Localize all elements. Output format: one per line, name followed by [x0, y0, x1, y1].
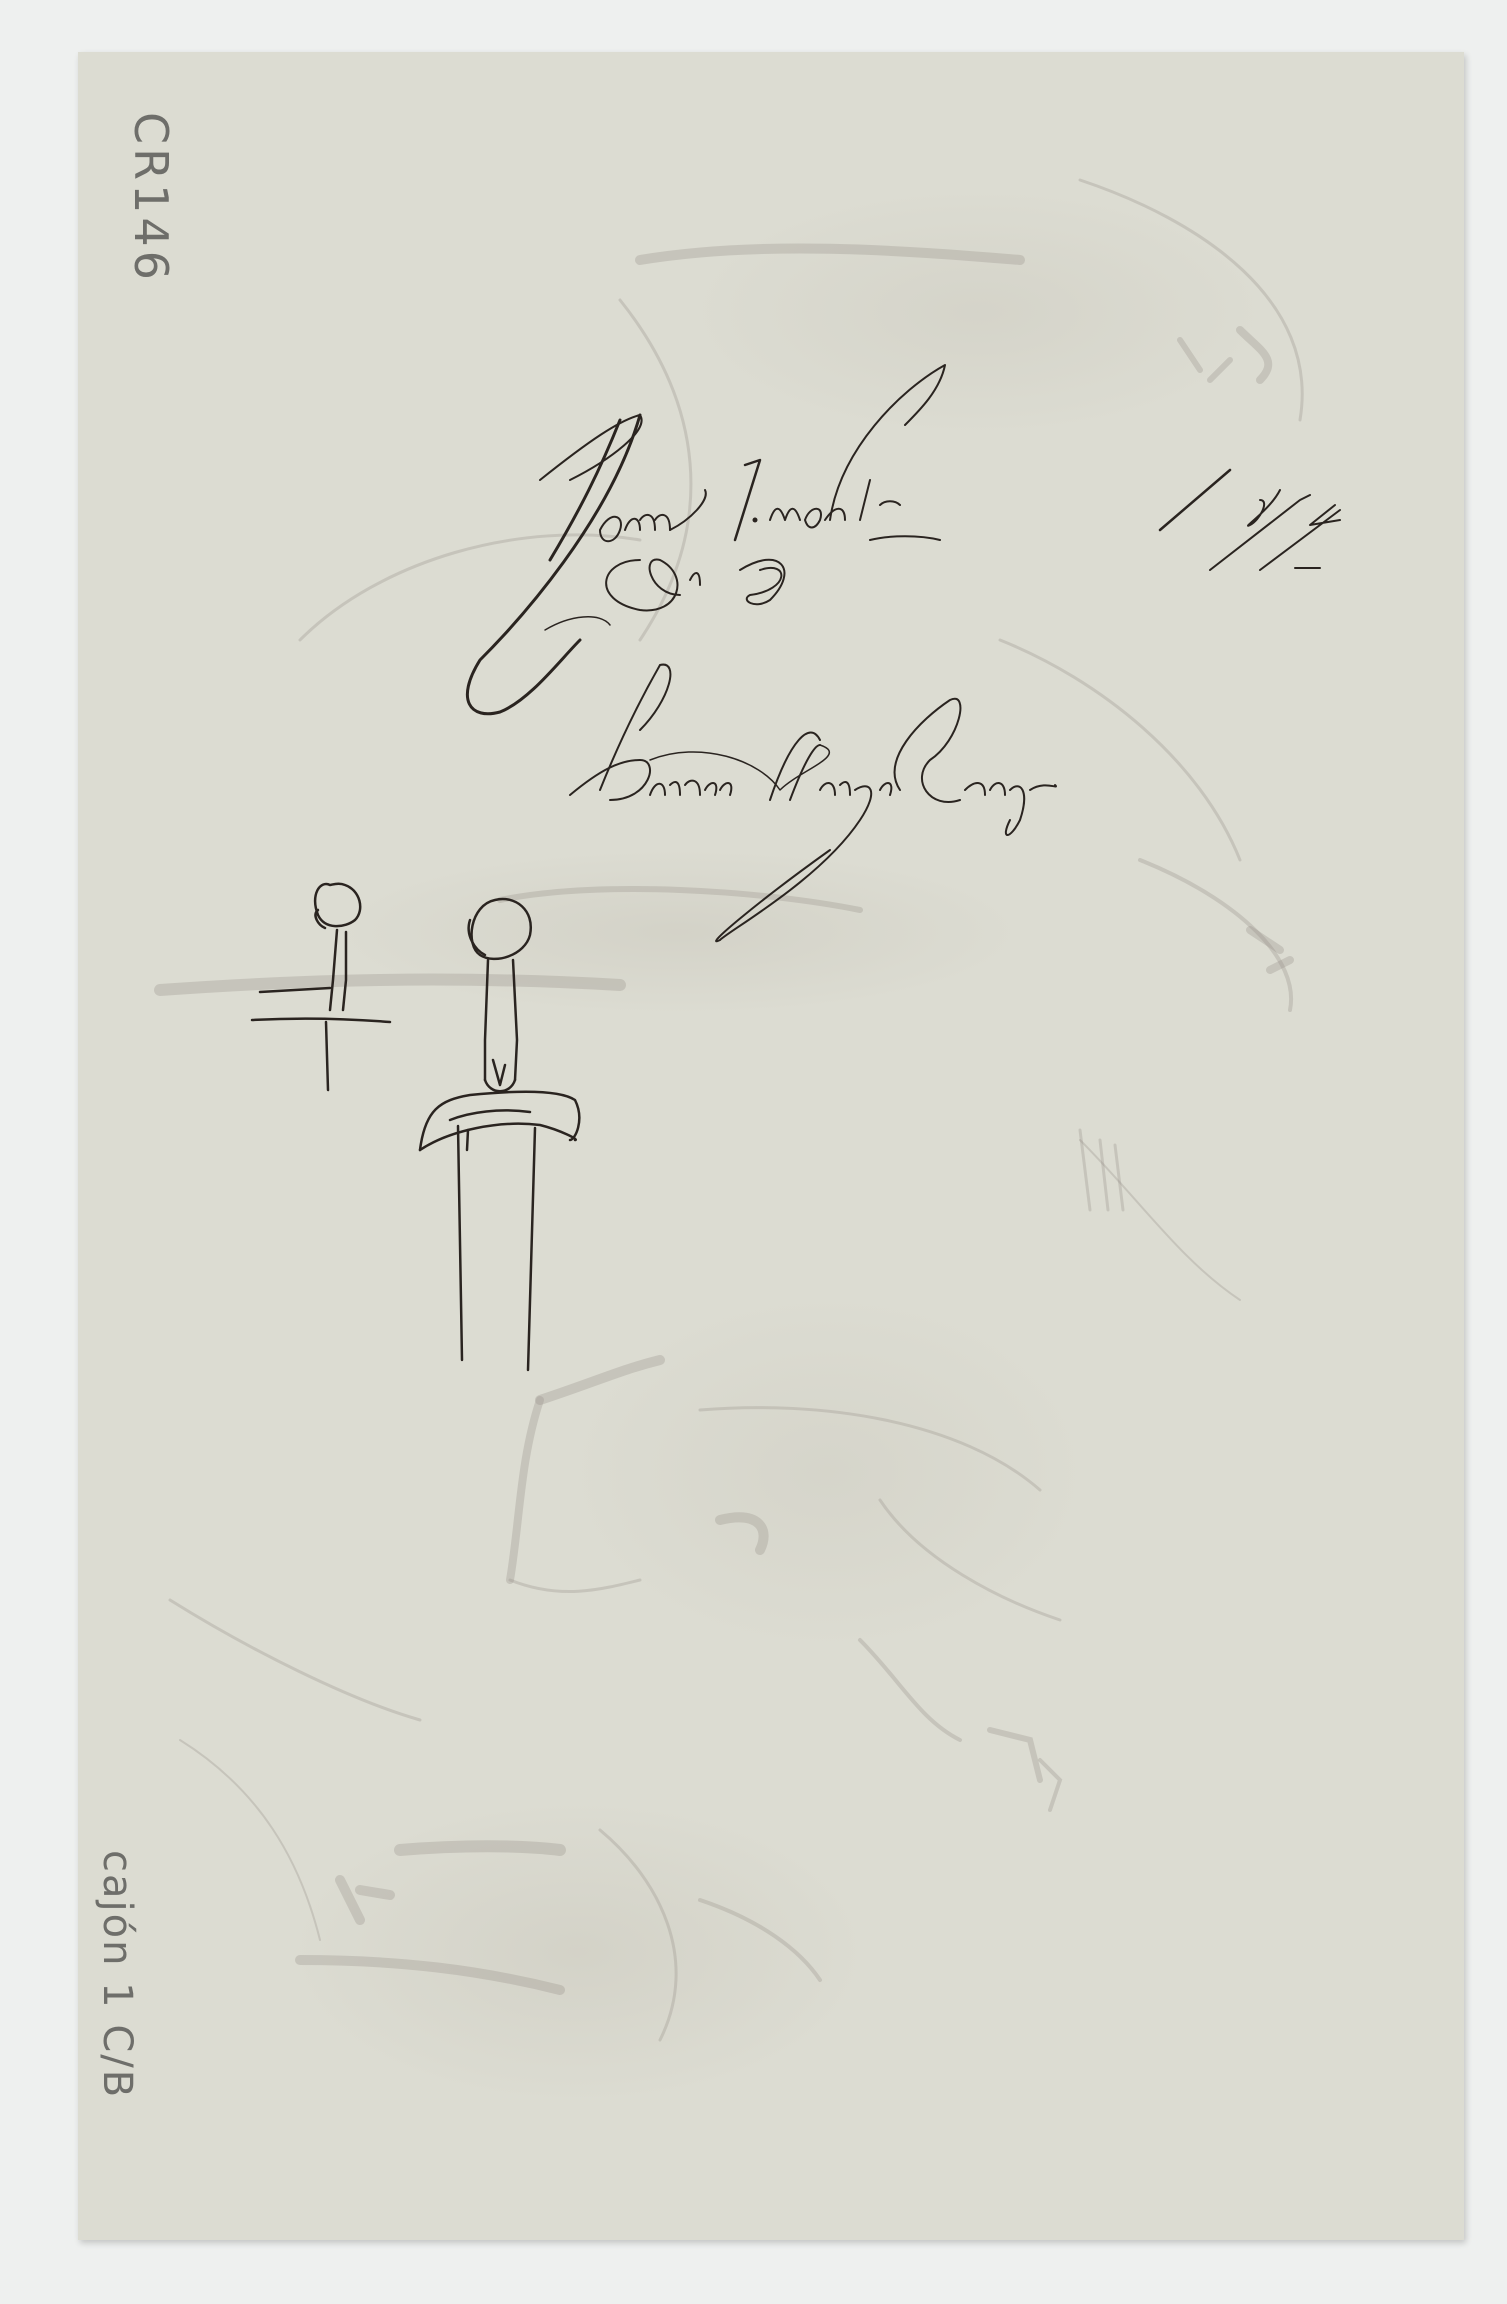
- catalog-number: CR146: [124, 112, 178, 284]
- paper-sheet: [78, 52, 1464, 2240]
- drawer-note: cajón 1 C/B: [94, 1850, 140, 2099]
- greeting-line: Stimado Amigo Orazio: [560, 770, 788, 794]
- date-line: Roma 7. Nobre 1874: [540, 470, 751, 494]
- salutation-abbrev: S.r D.: [600, 570, 657, 594]
